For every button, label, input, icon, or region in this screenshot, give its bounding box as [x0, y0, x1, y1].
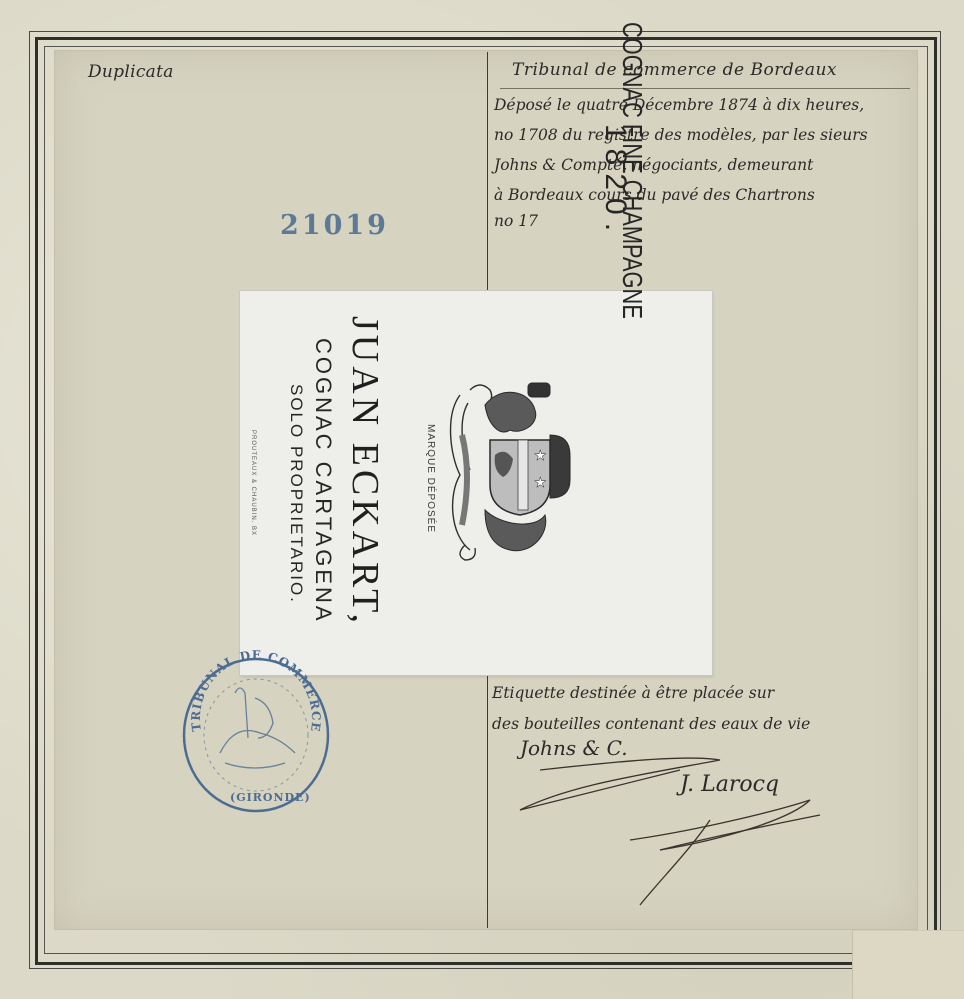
- overlapping-paper: [852, 930, 964, 999]
- duplicata-heading: Duplicata: [88, 62, 174, 82]
- registry-line: no 1708 du registre des modèles, par les…: [494, 126, 868, 144]
- registry-header: Tribunal de commerce de Bordeaux: [512, 60, 837, 80]
- svg-text:★: ★: [534, 475, 547, 491]
- coat-of-arms-icon: ★ ★: [440, 375, 580, 565]
- stamp-bottom-text: (GIRONDE): [230, 791, 311, 804]
- label-owner: SOLO PROPRIETARIO.: [286, 384, 306, 604]
- svg-text:TRIBUNAL DE COMMERCE DE BORDEA: TRIBUNAL DE COMMERCE DE BORDEAUX: [180, 643, 323, 739]
- header-underline: [500, 88, 910, 89]
- note-line: Etiquette destinée à être placée sur: [492, 684, 774, 702]
- registry-line: no 17: [494, 212, 538, 230]
- tribunal-stamp: TRIBUNAL DE COMMERCE DE BORDEAUX (GIROND…: [180, 643, 330, 813]
- label-year: 1820.: [598, 124, 632, 239]
- label-trademark: MARQUE DÉPOSÉE: [425, 424, 436, 533]
- svg-text:★: ★: [534, 448, 547, 464]
- registry-line: Johns & Compté, négociants, demeurant: [494, 156, 813, 174]
- label-city: COGNAC CARTAGENA: [310, 338, 336, 624]
- registry-line: à Bordeaux cours du pavé des Chartrons: [494, 186, 815, 204]
- stamp-top-text: TRIBUNAL DE COMMERCE DE BORDEAUX: [180, 643, 323, 739]
- signature-flourish: [480, 730, 900, 910]
- label-name: JUAN ECKART,: [343, 316, 387, 627]
- registry-line: Déposé le quatre Décembre 1874 à dix heu…: [494, 96, 864, 114]
- registration-number: 21019: [280, 210, 389, 241]
- label-printer: PROUTEAUX & CHAUBIN. BX: [250, 430, 256, 536]
